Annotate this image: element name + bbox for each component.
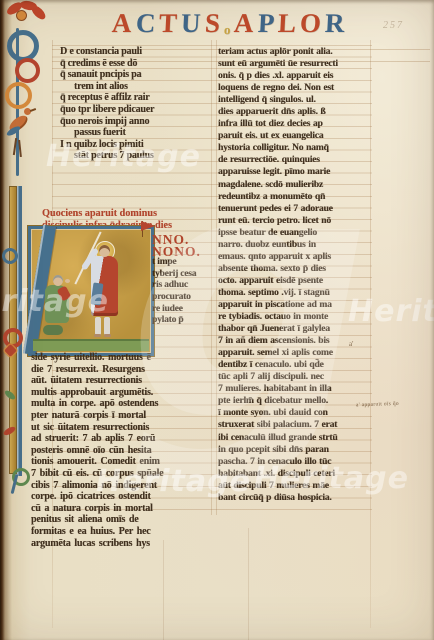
text-line: pter naturā corpis ī mortal bbox=[31, 410, 213, 422]
text-line: octo. apparuit eisdē psente bbox=[218, 275, 370, 287]
text-line: teriam actus aplōr ponit alia. bbox=[218, 46, 370, 58]
title-letter: L bbox=[277, 8, 297, 38]
text-line: t impe bbox=[152, 257, 214, 269]
text-line: I n quibz locis pimiti bbox=[60, 139, 212, 151]
disciple-kneeling-legs bbox=[43, 325, 63, 335]
text-line: struxerat sibi palacium. 7 erat bbox=[218, 419, 370, 431]
text-line: procurato bbox=[152, 292, 214, 304]
ruling-line-right-column-right bbox=[370, 40, 371, 628]
manuscript-page: ACTUSoAPLOR 257 D e constancia pauliq̄ c… bbox=[0, 0, 434, 640]
text-line: penitus sit aliena omīs de bbox=[31, 514, 213, 526]
text-line: sunt eū argumēti ūe resurrecti bbox=[218, 58, 370, 70]
left-column-body: side syrie uitellio. mortuus ēdie 7 resu… bbox=[31, 352, 213, 549]
bird-figure-beak bbox=[30, 108, 36, 112]
text-line: cū a natura corpis in mortal bbox=[31, 503, 213, 515]
title-letter: A bbox=[111, 8, 132, 38]
text-line: cibis 7 alimonia nō indigerent bbox=[31, 480, 213, 492]
text-line: loquens de regno dei. Non est bbox=[218, 82, 370, 94]
text-line: side syrie uitellio. mortuus ē bbox=[31, 352, 213, 364]
margin-note-upper: a' bbox=[349, 340, 353, 348]
parchment-crease bbox=[163, 540, 164, 640]
text-line: ipsse beatur de euangelio bbox=[218, 227, 370, 239]
title-letter: A bbox=[233, 8, 254, 38]
illuminated-initial-A bbox=[28, 226, 154, 356]
text-line: ut sic ūitatem resurrectionis bbox=[31, 422, 213, 434]
text-line: onis. q̄ p dies .xl. apparuit eis bbox=[218, 70, 370, 82]
text-line: thabor qn̄ Juenerat ī galylea bbox=[218, 323, 370, 335]
text-line: 7 in añ diem ascensionis. bis bbox=[218, 335, 370, 347]
text-line: magdalene. scdō mulieribz bbox=[218, 179, 370, 191]
text-line: 7 mulieres. habitabant in illa bbox=[218, 383, 370, 395]
vine-swirl-blue bbox=[7, 30, 39, 62]
text-line: emaus. qnto apparuit x aplis bbox=[218, 251, 370, 263]
text-line: multis approbauit argumētis. bbox=[31, 387, 213, 399]
title-letter: P bbox=[257, 8, 275, 38]
border-leaf-node-blue bbox=[2, 248, 18, 264]
text-line: habitabant .xi. discipuli ceteri bbox=[218, 468, 370, 480]
text-line: D e constancia pauli bbox=[60, 46, 212, 58]
text-line: posteris omnē oīo cūn hesita bbox=[31, 445, 213, 457]
text-line: paruit eis. ut ex euangelica bbox=[218, 130, 370, 142]
text-line: apparuit. semel xi aplis come bbox=[218, 347, 370, 359]
vine-swirl-red bbox=[15, 58, 40, 83]
text-line: q̄uo tpr libere pdicauer bbox=[60, 104, 212, 116]
text-line: dentibz ī cenaculo. ubi qd̄e bbox=[218, 359, 370, 371]
title-letter: o bbox=[223, 15, 231, 45]
text-line: dies apparuerit dn̄s aplis. ß bbox=[218, 106, 370, 118]
corner-flower-petal bbox=[29, 3, 47, 21]
text-line: argumēta lucas scribens hys bbox=[31, 538, 213, 550]
title-letter: T bbox=[158, 8, 178, 38]
text-line: passus fuerit bbox=[60, 127, 212, 139]
vine-swirl-orange bbox=[5, 82, 32, 109]
left-text-column: D e constancia pauliq̄ credims ē esse dō… bbox=[60, 46, 212, 162]
text-line: pte ierlm̄ q̄ dicebatur mello. bbox=[218, 395, 370, 407]
disciple-head bbox=[53, 275, 63, 286]
text-line: trem int alios bbox=[60, 81, 212, 93]
text-line: tyberij cesa bbox=[152, 269, 214, 281]
christ-leg bbox=[104, 317, 110, 335]
text-line: formitas e ea huius. Per hec bbox=[31, 526, 213, 538]
title-letter: O bbox=[299, 8, 322, 38]
text-line: intelligend q̄ singulos. ul. bbox=[218, 94, 370, 106]
ruling-line-right-column-left bbox=[216, 40, 217, 515]
disciple-figure bbox=[43, 275, 75, 341]
text-line: q̄ receptus ē affilz rair bbox=[60, 92, 212, 104]
christ-figure bbox=[83, 239, 125, 343]
text-line: ibi cenaculū illud grande strtū bbox=[218, 432, 370, 444]
text-line: re iudee bbox=[152, 304, 214, 316]
text-line: q̄ credims ē esse dō bbox=[60, 58, 212, 70]
parchment-crease bbox=[248, 528, 249, 640]
text-line: ad struerit: 7 ab aplis 7 eorū bbox=[31, 433, 213, 445]
text-line: die 7 resurrexit. Resurgens bbox=[31, 364, 213, 376]
text-line: infra illū tot diez decies ap bbox=[218, 118, 370, 130]
text-line: 7 bibit cū eis. cū corpus spūale bbox=[31, 468, 213, 480]
text-line: in quo pcepit sibi dn̄s paran bbox=[218, 444, 370, 456]
text-line: redeuntibz a monumēto qn̄ bbox=[218, 191, 370, 203]
text-line: bant circūq̄ p diūsa hospicia. bbox=[218, 492, 370, 504]
christ-foot bbox=[94, 334, 101, 337]
title-letter: R bbox=[324, 8, 345, 38]
right-text-column: teriam actus aplōr ponit alia.sunt eū ar… bbox=[218, 46, 370, 504]
border-leaf-node-red-curl bbox=[3, 328, 23, 348]
text-line: aūt. ūitatem resurrectionis bbox=[31, 375, 213, 387]
title-letter: S bbox=[204, 8, 221, 38]
bird-figure-wing bbox=[6, 125, 22, 138]
text-line: apparuisse legit. pīmo marie bbox=[218, 166, 370, 178]
text-line: NONO. bbox=[152, 246, 214, 258]
margin-note-lower: a' apparuit oīs q̄o bbox=[356, 400, 434, 409]
title-letter: C bbox=[135, 8, 156, 38]
christ-head bbox=[99, 245, 110, 257]
corner-flower-center bbox=[16, 10, 27, 21]
text-line: ī monte syon. ubi dauid con bbox=[218, 407, 370, 419]
text-line: pascha. 7 in cenaculo illo tūc bbox=[218, 456, 370, 468]
text-line: q̄ sanauit pncipis pa bbox=[60, 69, 212, 81]
christ-leg bbox=[95, 317, 101, 335]
incipit-beside-initial: NNO.NONO.t impetyberij cesaris adhucproc… bbox=[152, 234, 214, 327]
text-line: stāt petrus 7 paulus bbox=[60, 150, 212, 162]
text-line: tūc apli 7 alij discipuli. nec bbox=[218, 371, 370, 383]
rubric-line: Quociens aparuit dominus bbox=[42, 208, 172, 220]
text-line: re tybiadis. octauo in monte bbox=[218, 311, 370, 323]
text-line: corpe. ipō cicatrices ostendit bbox=[31, 491, 213, 503]
disciple-hand bbox=[65, 279, 70, 283]
text-line: thoma. septimo .vij. ī stagnū bbox=[218, 287, 370, 299]
text-line: multa in corpe. apō ostendens bbox=[31, 398, 213, 410]
title-letter: U bbox=[180, 8, 201, 38]
text-line: tionis amouerit. Comedit enim bbox=[31, 456, 213, 468]
text-line: pylato p̄ bbox=[152, 315, 214, 327]
running-title: ACTUSoAPLOR bbox=[112, 8, 345, 45]
folio-number: 257 bbox=[383, 20, 404, 31]
text-line: aūt discipuli 7 mulieres māe bbox=[218, 480, 370, 492]
text-line: q̄uo nerois impij anno bbox=[60, 116, 212, 128]
text-line: de resurrectiōe. quinquies bbox=[218, 154, 370, 166]
text-line: tenuerunt pedes ei 7 adoraue bbox=[218, 203, 370, 215]
text-line: narro. duobz euntibus in bbox=[218, 239, 370, 251]
text-line: apparuit in piscatione ad ma bbox=[218, 299, 370, 311]
text-line: absente thoma. sexto p̄ dies bbox=[218, 263, 370, 275]
pennant-flag bbox=[141, 221, 155, 231]
text-line: hystoria colligitur. No namq̄ bbox=[218, 142, 370, 154]
text-line: runt eū. tercio petro. licet nō bbox=[218, 215, 370, 227]
chapter-list: D e constancia pauliq̄ credims ē esse dō… bbox=[60, 46, 212, 162]
text-line: ris adhuc bbox=[152, 280, 214, 292]
christ-foot bbox=[104, 334, 111, 337]
